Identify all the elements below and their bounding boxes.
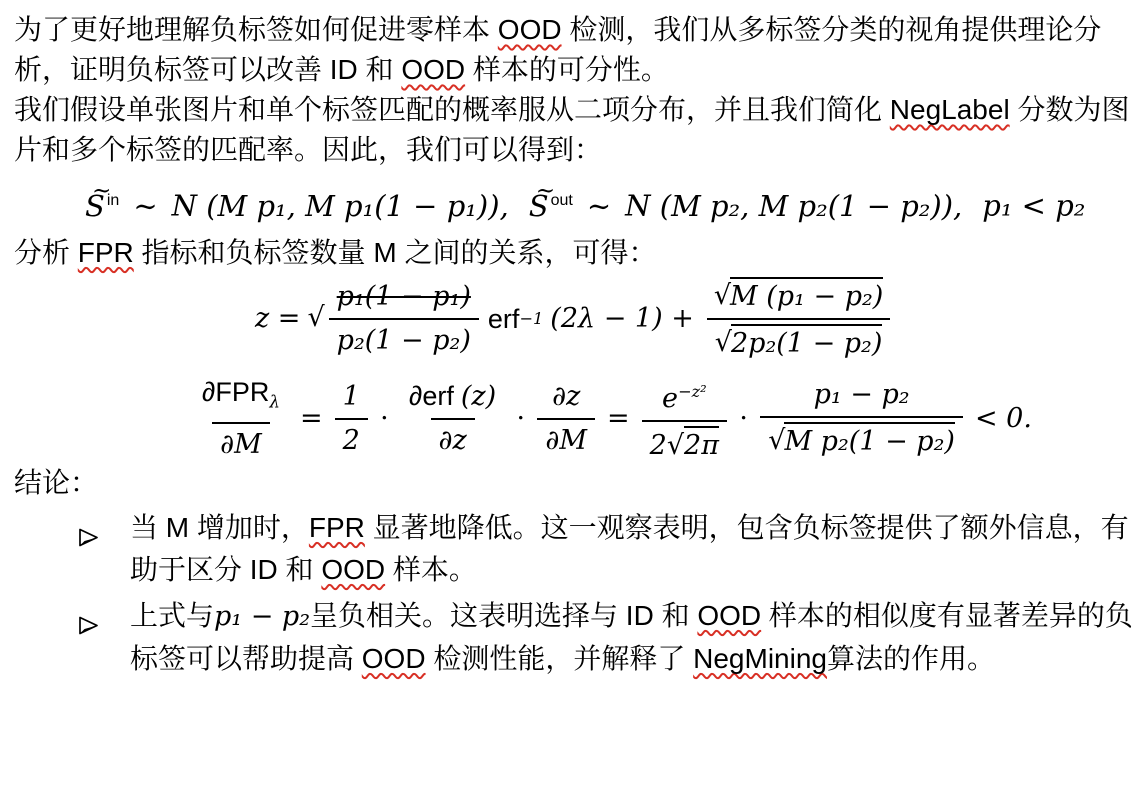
- math-args: (M p₁, M p₁(1 − p₁)),: [197, 189, 509, 223]
- text-run: 指标和负标签数量 M 之间的关系，可得：: [134, 237, 657, 268]
- radicand: 2π: [684, 426, 719, 463]
- sqrt-icon: √: [714, 279, 731, 313]
- partial-symbol: ∂: [202, 377, 215, 407]
- inequality-tail: < 0.: [975, 402, 1032, 436]
- formula-score-distributions: ~Sin∼N (M p₁, M p₁(1 − p₁)),~Sout∼N (M p…: [85, 174, 1136, 233]
- erf-exponent: −1: [519, 302, 543, 336]
- spellcheck-word: OOD: [697, 600, 761, 631]
- spellcheck-word: OOD: [362, 643, 426, 674]
- bullet-item-1: 当 M 增加时，FPR 显著地降低。这一观察表明，包含负标签提供了额外信息，有助…: [14, 507, 1136, 591]
- radicand: 2p₂(1 − p₂): [731, 324, 882, 361]
- fraction-numerator: p₁ − p₂: [806, 378, 918, 416]
- derf-label: ∂erf: [409, 381, 454, 411]
- fraction-numerator: √M (p₁ − p₂): [706, 277, 892, 318]
- spellcheck-word: FPR: [78, 237, 134, 268]
- radicand: M p₂(1 − p₂): [784, 422, 954, 459]
- spellcheck-word: OOD: [498, 14, 562, 45]
- dot-operator: ⋅: [739, 402, 748, 436]
- paragraph-intro: 为了更好地理解负标签如何促进零样本 OOD 检测，我们从多标签分类的视角提供理论…: [14, 10, 1136, 90]
- math-args: (M p₂, M p₂(1 − p₂)),: [651, 189, 963, 223]
- fraction: 1 2: [335, 380, 368, 458]
- text-run: 分析: [14, 237, 78, 268]
- fraction: ∂z ∂M: [537, 380, 595, 458]
- fraction-denominator: 2√2π: [642, 420, 727, 463]
- fraction-numerator: p₁(1 − p₁): [329, 280, 479, 318]
- text-run: 我们假设单张图片和单个标签匹配的概率服从二项分布，并且我们简化: [14, 94, 890, 125]
- equals-sign: =: [300, 402, 323, 436]
- bullet-text: 当 M 增加时，FPR 显著地降低。这一观察表明，包含负标签提供了额外信息，有助…: [130, 512, 1129, 585]
- fraction-numerator: ∂FPRλ: [194, 375, 288, 422]
- fraction: p₁ − p₂ √M p₂(1 − p₂): [760, 378, 963, 459]
- paragraph-assumption: 我们假设单张图片和单个标签匹配的概率服从二项分布，并且我们简化 NegLabel…: [14, 90, 1136, 170]
- text-run: 算法的作用。: [827, 643, 995, 674]
- bullet-arrow-icon: [78, 605, 100, 627]
- fraction: e−z² 2√2π: [642, 375, 727, 463]
- fraction-numerator: 1: [335, 380, 368, 418]
- text-run: 样本。: [385, 554, 477, 585]
- fraction-denominator: ∂z: [431, 418, 475, 458]
- formula-z: z = √ p₁(1 − p₁) p₂(1 − p₂) erf−1 (2λ − …: [14, 277, 1136, 361]
- distributed-as-symbol: ∼: [133, 189, 157, 223]
- bullet-text: 上式与p₁ − p₂呈负相关。这表明选择与 ID 和 OOD 样本的相似度有显著…: [130, 600, 1133, 674]
- inline-math: p₁ − p₂: [214, 601, 310, 632]
- distributed-as-symbol: ∼: [587, 189, 611, 223]
- normal-dist-symbol: N: [172, 189, 197, 223]
- coefficient: 2√: [650, 430, 684, 461]
- fraction: p₁(1 − p₁) p₂(1 − p₂): [329, 280, 479, 358]
- dot-operator: ⋅: [380, 402, 389, 436]
- s-tilde-in: ~S: [85, 179, 105, 233]
- z-argument: (z): [461, 381, 496, 412]
- dot-operator: ⋅: [516, 402, 525, 436]
- fraction: ∂FPRλ ∂M: [194, 375, 288, 462]
- text-run: 样本的可分性。: [465, 54, 669, 85]
- s-tilde-out: ~S: [529, 179, 549, 233]
- sqrt-icon: √: [715, 326, 732, 360]
- math-var: e: [662, 383, 678, 414]
- text-run: 为了更好地理解负标签如何促进零样本: [14, 14, 498, 45]
- text-run: 上式与: [130, 600, 214, 631]
- text-run: 检测性能，并解释了: [426, 643, 694, 674]
- document-page: 为了更好地理解负标签如何促进零样本 OOD 检测，我们从多标签分类的视角提供理论…: [0, 0, 1144, 800]
- spellcheck-word: NegLabel: [890, 94, 1010, 125]
- fraction-denominator: √2p₂(1 − p₂): [707, 318, 891, 361]
- fraction-denominator: ∂M: [212, 422, 270, 462]
- fpr-label: FPR: [215, 377, 269, 407]
- bullet-item-2: 上式与p₁ − p₂呈负相关。这表明选择与 ID 和 OOD 样本的相似度有显著…: [14, 595, 1136, 680]
- spellcheck-word: OOD: [401, 54, 465, 85]
- math-condition: p₁ < p₂: [982, 189, 1085, 223]
- fraction-denominator: ∂M: [537, 418, 595, 458]
- spellcheck-word: OOD: [321, 554, 385, 585]
- paragraph-fpr-analysis: 分析 FPR 指标和负标签数量 M 之间的关系，可得：: [14, 233, 1136, 273]
- fraction-numerator: ∂erf(z): [401, 379, 504, 418]
- math-lhs: z =: [255, 302, 300, 336]
- formula-dfpr-dm: ∂FPRλ ∂M = 1 2 ⋅ ∂erf(z) ∂z ⋅ ∂z ∂M = e−…: [14, 375, 1136, 463]
- fraction-denominator: √M p₂(1 − p₂): [760, 416, 963, 459]
- spellcheck-word: NegMining: [693, 643, 827, 674]
- radicand: M (p₁ − p₂): [730, 277, 883, 314]
- lambda-subscript: λ: [269, 391, 280, 411]
- tilde-accent: ~: [92, 164, 111, 218]
- fraction: √M (p₁ − p₂) √2p₂(1 − p₂): [706, 277, 892, 361]
- fraction-denominator: p₂(1 − p₂): [329, 318, 479, 358]
- bullet-arrow-icon: [78, 517, 100, 539]
- spellcheck-word: FPR: [309, 512, 365, 543]
- sqrt-icon: √: [307, 301, 324, 335]
- fraction-numerator: e−z²: [654, 375, 715, 420]
- fraction-numerator: ∂z: [544, 380, 588, 418]
- erf-function: erf: [488, 302, 520, 336]
- text-run: 结论：: [14, 467, 98, 498]
- fraction-denominator: 2: [335, 418, 368, 458]
- sqrt-icon: √: [768, 424, 785, 458]
- tilde-accent: ~: [536, 164, 555, 218]
- equals-sign: =: [607, 402, 630, 436]
- conclusion-heading: 结论：: [14, 463, 1136, 503]
- math-middle: (2λ − 1) +: [550, 302, 694, 336]
- fraction: ∂erf(z) ∂z: [401, 379, 504, 458]
- exponent: −z²: [678, 382, 707, 401]
- normal-dist-symbol: N: [625, 189, 650, 223]
- text-run: 呈负相关。这表明选择与 ID 和: [310, 600, 697, 631]
- text-run: 当 M 增加时，: [130, 512, 309, 543]
